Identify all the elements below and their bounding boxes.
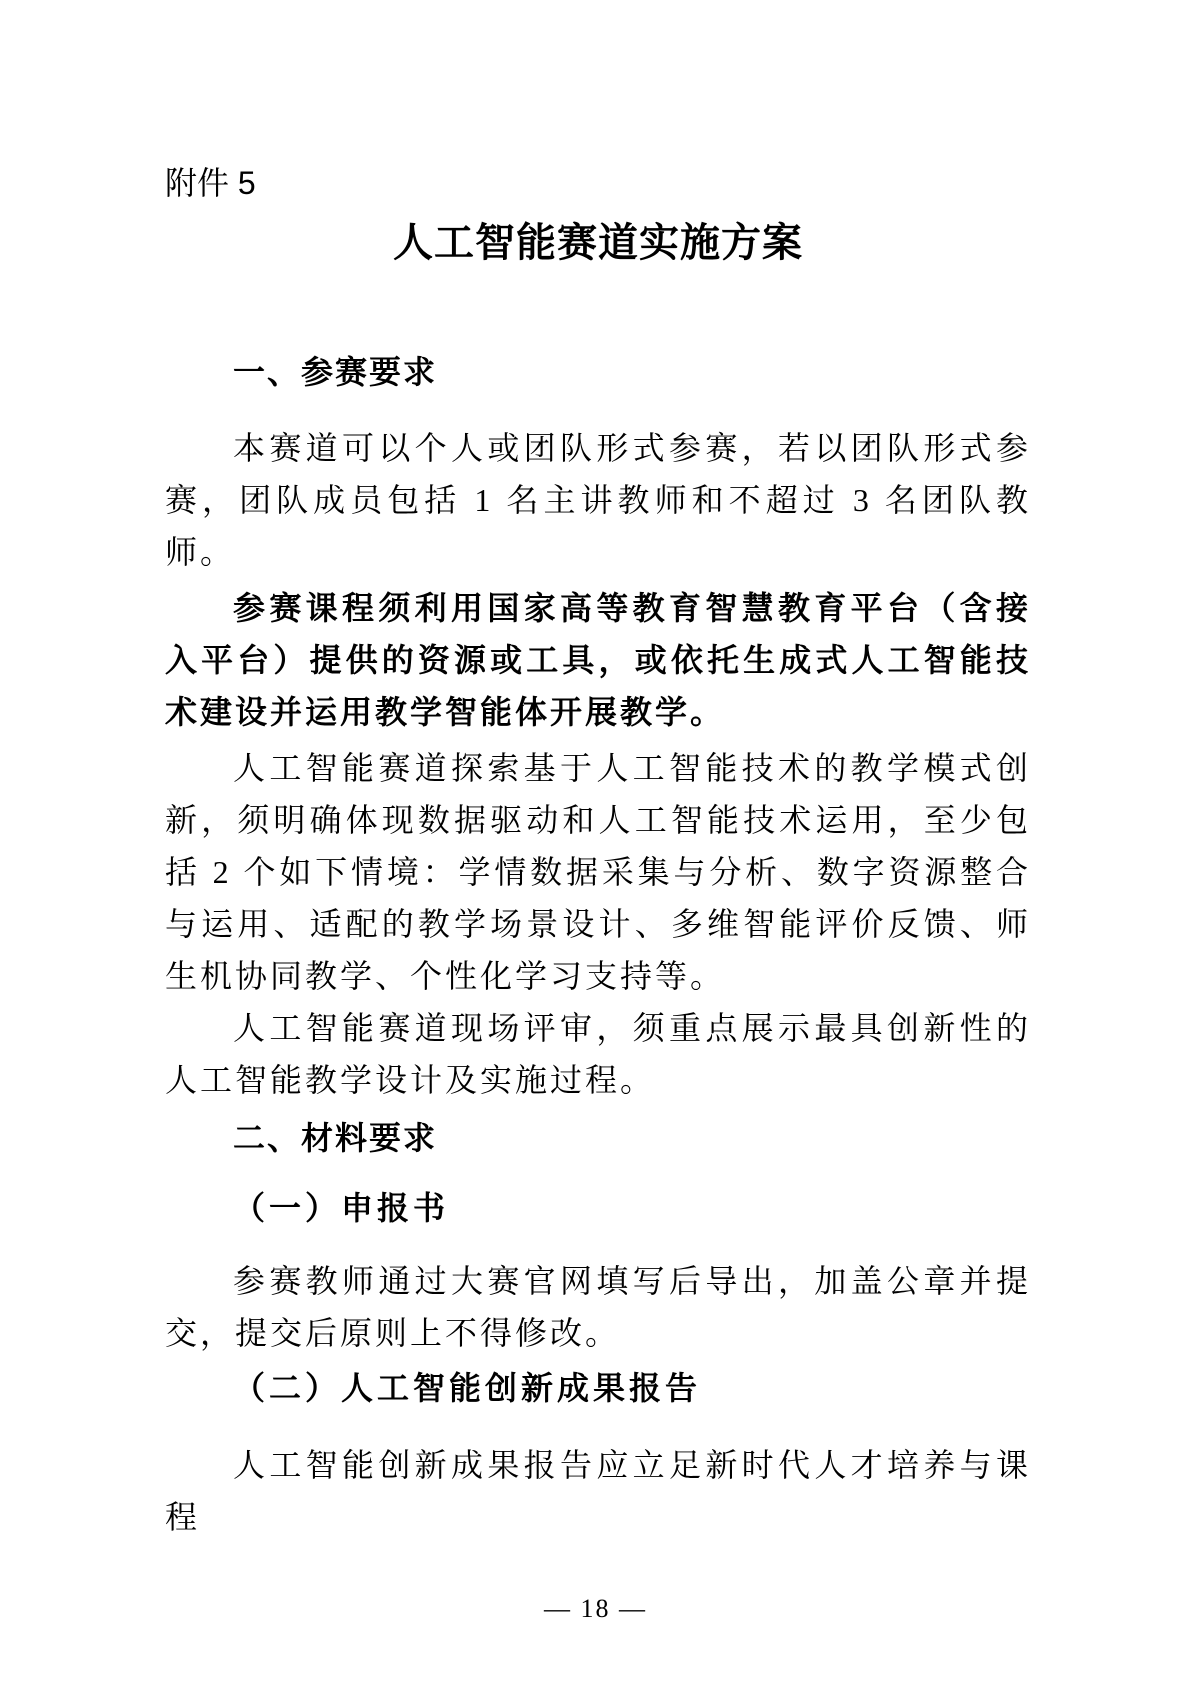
paragraph-ai-scenarios: 人工智能赛道探索基于人工智能技术的教学模式创新，须明确体现数据驱动和人工智能技术… <box>165 742 1031 1002</box>
document-title: 人工智能赛道实施方案 <box>165 220 1031 266</box>
paragraph-innovation-report-intro: 人工智能创新成果报告应立足新时代人才培养与课程 <box>165 1439 1031 1543</box>
document-body: 附件 5 人工智能赛道实施方案 一、参赛要求 本赛道可以个人或团队形式参赛，若以… <box>165 0 1031 1543</box>
document-page: 附件 5 人工智能赛道实施方案 一、参赛要求 本赛道可以个人或团队形式参赛，若以… <box>0 0 1191 1684</box>
subsection-heading-application-form: （一）申报书 <box>165 1188 1031 1228</box>
section-heading-materials: 二、材料要求 <box>165 1118 1031 1158</box>
subsection-heading-innovation-report: （二）人工智能创新成果报告 <box>165 1368 1031 1408</box>
paragraph-platform-requirement: 参赛课程须利用国家高等教育智慧教育平台（含接入平台）提供的资源或工具，或依托生成… <box>165 582 1031 738</box>
paragraph-application-submission: 参赛教师通过大赛官网填写后导出，加盖公章并提交，提交后原则上不得修改。 <box>165 1255 1031 1359</box>
attachment-label: 附件 5 <box>165 164 1031 202</box>
page-number: — 18 — <box>0 1594 1191 1624</box>
paragraph-onsite-review: 人工智能赛道现场评审，须重点展示最具创新性的人工智能教学设计及实施过程。 <box>165 1002 1031 1106</box>
section-heading-requirements: 一、参赛要求 <box>165 352 1031 392</box>
paragraph-team-format: 本赛道可以个人或团队形式参赛，若以团队形式参赛，团队成员包括 1 名主讲教师和不… <box>165 422 1031 578</box>
